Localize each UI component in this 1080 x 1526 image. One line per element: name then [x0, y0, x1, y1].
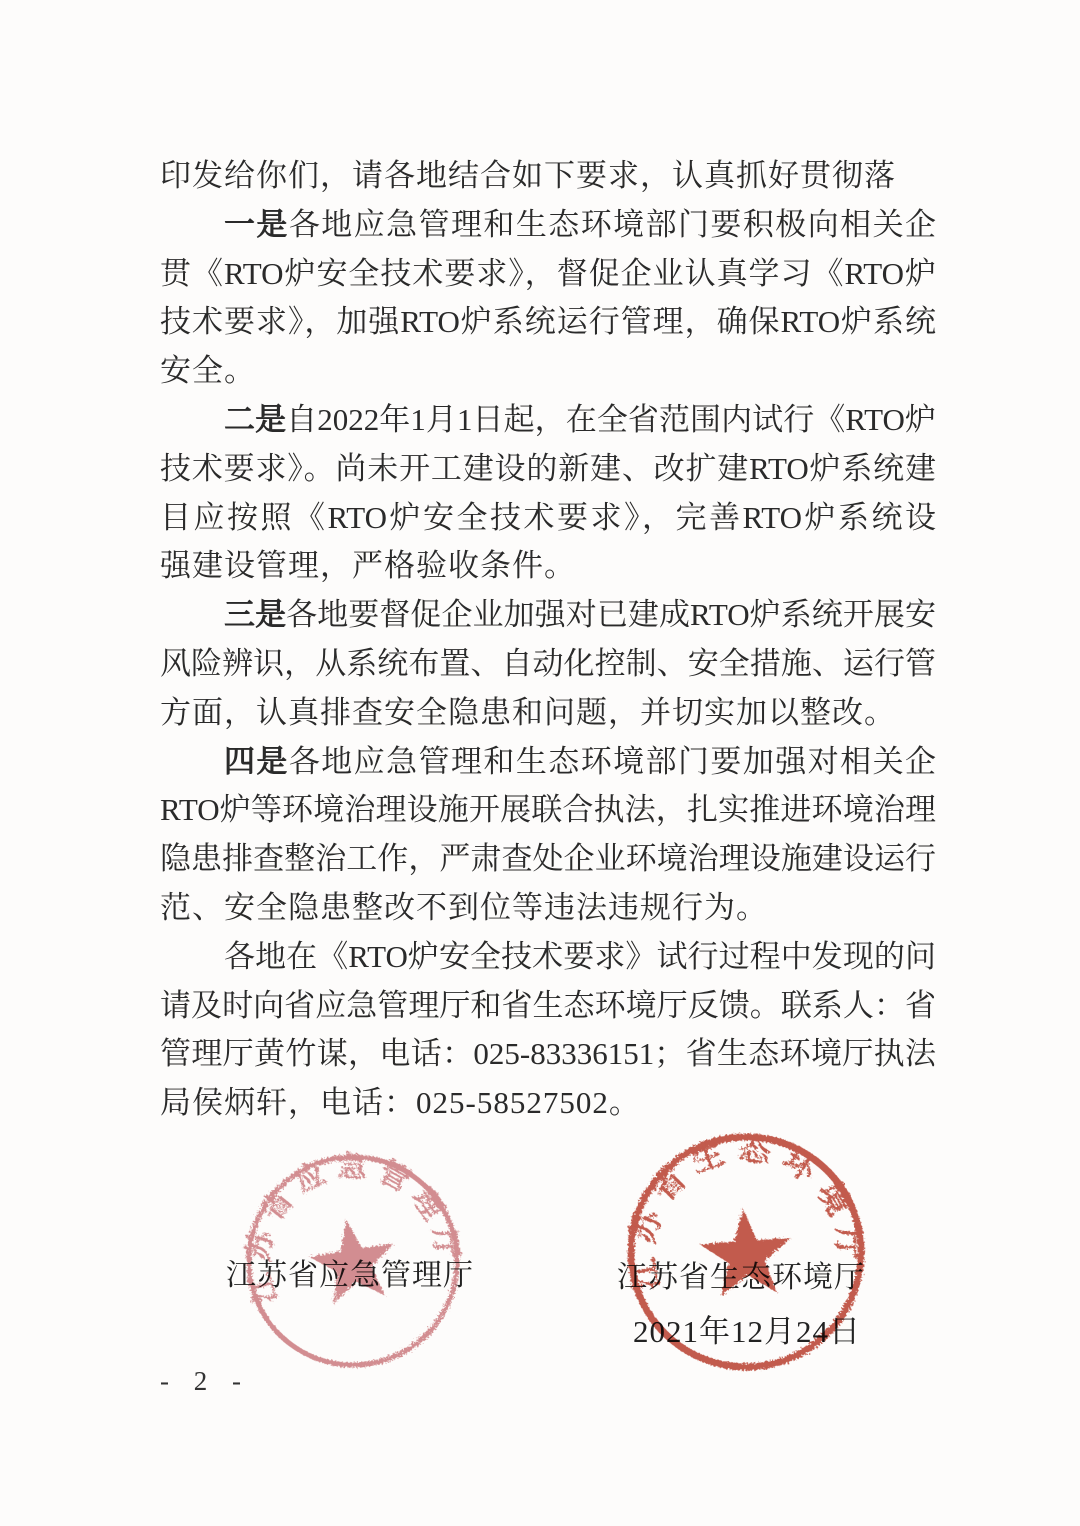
- signature-emergency-dept: 江苏省应急管理厅: [226, 1250, 474, 1294]
- signature-date: 2021年12月24日: [633, 1306, 861, 1351]
- paragraph-lead: 三是: [224, 597, 286, 632]
- paragraph-lead: 一是: [224, 207, 289, 242]
- body-line-text: 贯《RTO炉安全技术要求》，督促企业认真学习《RTO炉安全: [160, 256, 936, 299]
- body-line: 四是各地应急管理和生态环境部门要加强对相关企业: [160, 738, 936, 787]
- body-line-text: 局侯炳轩，电话：025-58527502。: [160, 1085, 641, 1120]
- body-line: 请及时向省应急管理厅和省生态环境厅反馈。联系人：省应急: [160, 982, 936, 1031]
- body-line: 方面，认真排查安全隐患和问题，并切实加以整改。: [160, 689, 936, 738]
- body-line-text: 各地应急管理和生态环境部门要积极向相关企业宣: [224, 207, 936, 250]
- body-line: RTO炉等环境治理设施开展联合执法，扎实推进环境治理设施: [160, 786, 936, 835]
- body-line: 目应按照《RTO炉安全技术要求》，完善RTO炉系统设计，加: [160, 494, 936, 543]
- body-line-text: 各地要督促企业加强对已建成RTO炉系统开展安全: [224, 597, 936, 640]
- body-line-text: 各地应急管理和生态环境部门要加强对相关企业: [224, 744, 936, 787]
- body-line: 贯《RTO炉安全技术要求》，督促企业认真学习《RTO炉安全: [160, 250, 936, 299]
- body-line-text: 自2022年1月1日起，在全省范围内试行《RTO炉安全: [224, 402, 936, 445]
- document-body: 印发给你们，请各地结合如下要求，认真抓好贯彻落实。 一是各地应急管理和生态环境部…: [160, 152, 936, 1128]
- body-line-text: 各地在《RTO炉安全技术要求》试行过程中发现的问题，: [224, 939, 936, 982]
- body-line-text: 隐患排查整治工作，严肃查处企业环境治理设施建设运行不规: [160, 841, 936, 884]
- signature-ecology-dept: 江苏省生态环境厅: [617, 1252, 865, 1296]
- body-line: 隐患排查整治工作，严肃查处企业环境治理设施建设运行不规: [160, 835, 936, 884]
- body-line-text: 范、安全隐患整改不到位等违法违规行为。: [160, 890, 768, 925]
- body-line-text: 管理厅黄竹谋，电话：025-83336151；省生态环境厅执法监督: [160, 1036, 936, 1079]
- body-line: 安全。: [160, 347, 936, 396]
- body-line-text: 印发给你们，请各地结合如下要求，认真抓好贯彻落实。: [160, 158, 896, 201]
- body-line: 局侯炳轩，电话：025-58527502。: [160, 1079, 936, 1128]
- paragraph-lead: 二是: [224, 402, 286, 437]
- body-line: 风险辨识，从系统布置、自动化控制、安全措施、运行管理等: [160, 640, 936, 689]
- body-line-text: 方面，认真排查安全隐患和问题，并切实加以整改。: [160, 695, 896, 730]
- body-line: 管理厅黄竹谋，电话：025-83336151；省生态环境厅执法监督: [160, 1030, 936, 1079]
- body-line: 印发给你们，请各地结合如下要求，认真抓好贯彻落实。: [160, 152, 936, 201]
- document-page: 印发给你们，请各地结合如下要求，认真抓好贯彻落实。 一是各地应急管理和生态环境部…: [0, 0, 1080, 1526]
- body-line: 强建设管理，严格验收条件。: [160, 542, 936, 591]
- body-line: 一是各地应急管理和生态环境部门要积极向相关企业宣: [160, 201, 936, 250]
- body-line: 各地在《RTO炉安全技术要求》试行过程中发现的问题，: [160, 933, 936, 982]
- body-line: 技术要求》。尚未开工建设的新建、改扩建RTO炉系统建设项: [160, 445, 936, 494]
- body-line-text: 安全。: [160, 353, 256, 388]
- body-line: 范、安全隐患整改不到位等违法违规行为。: [160, 884, 936, 933]
- body-line-text: RTO炉等环境治理设施开展联合执法，扎实推进环境治理设施: [160, 792, 936, 835]
- body-line-text: 目应按照《RTO炉安全技术要求》，完善RTO炉系统设计，加: [160, 500, 936, 543]
- body-line-text: 技术要求》，加强RTO炉系统运行管理，确保RTO炉系统运行: [160, 304, 936, 347]
- paragraph-lead: 四是: [224, 744, 289, 779]
- body-line-text: 强建设管理，严格验收条件。: [160, 548, 576, 583]
- body-line: 三是各地要督促企业加强对已建成RTO炉系统开展安全: [160, 591, 936, 640]
- page-number: - 2 -: [160, 1366, 250, 1397]
- body-line: 技术要求》，加强RTO炉系统运行管理，确保RTO炉系统运行: [160, 298, 936, 347]
- body-line-text: 技术要求》。尚未开工建设的新建、改扩建RTO炉系统建设项: [160, 451, 936, 494]
- body-line-text: 请及时向省应急管理厅和省生态环境厅反馈。联系人：省应急: [160, 988, 936, 1031]
- body-line-text: 风险辨识，从系统布置、自动化控制、安全措施、运行管理等: [160, 646, 936, 689]
- body-line: 二是自2022年1月1日起，在全省范围内试行《RTO炉安全: [160, 396, 936, 445]
